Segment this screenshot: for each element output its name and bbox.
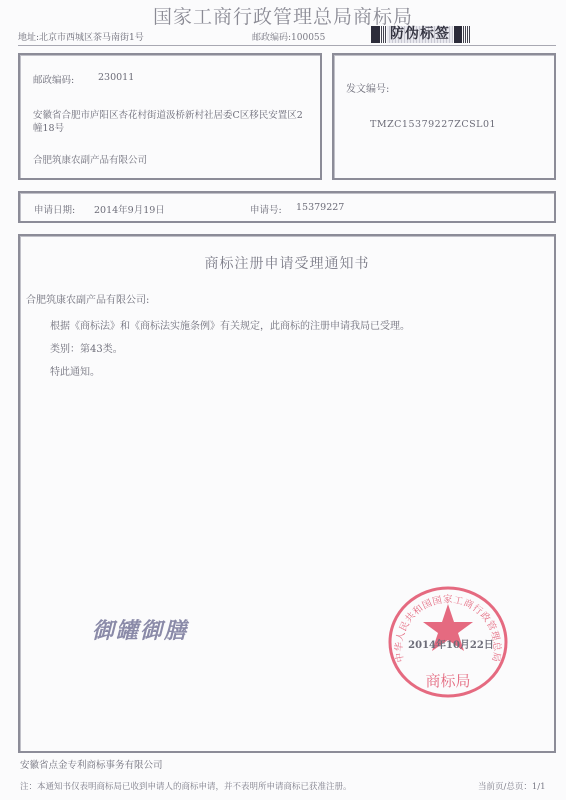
document-number-value: TMZC15379227ZCSL01 bbox=[370, 119, 496, 130]
svg-text:商标局: 商标局 bbox=[425, 672, 470, 690]
header-divider bbox=[18, 45, 556, 46]
notice-title: 商标注册申请受理通知书 bbox=[20, 253, 554, 273]
application-date-value: 2014年9月19日 bbox=[94, 202, 165, 216]
notice-salutation: 合肥筑康农副产品有限公司: bbox=[26, 291, 149, 306]
application-number-label: 申请号: bbox=[250, 202, 282, 216]
issuer-address: 地址:北京市西城区茶马南街1号 bbox=[18, 30, 144, 43]
issuer-title: 国家工商行政管理总局商标局 bbox=[0, 2, 566, 29]
recipient-postal-code: 230011 bbox=[98, 72, 134, 83]
application-info-box: 申请日期: 2014年9月19日 申请号: 15379227 bbox=[18, 191, 556, 223]
recipient-company: 合肥筑康农副产品有限公司 bbox=[33, 152, 147, 166]
notice-category: 类别：第43类。 bbox=[50, 340, 123, 355]
page-indicator: 当前页/总页：1/1 bbox=[478, 780, 546, 792]
notice-closing: 特此通知。 bbox=[50, 363, 100, 378]
seal-date: 2014年10月22日 bbox=[396, 636, 506, 651]
recipient-box: 邮政编码: 230011 安徽省合肥市庐阳区杏花村街道汲桥新村社居委C区移民安置… bbox=[18, 53, 322, 180]
application-number-value: 15379227 bbox=[296, 202, 344, 213]
recipient-postal-label: 邮政编码: bbox=[33, 72, 74, 86]
trademark-image: 御罐御膳 bbox=[92, 614, 188, 645]
document-number-label: 发文编号: bbox=[346, 80, 389, 95]
official-seal: 中华人民共和国国家工商行政管理总局 商标局 2014年10月22日 bbox=[382, 584, 514, 704]
issuer-postal-code: 邮政编码:100055 bbox=[252, 30, 325, 43]
anti-counterfeit-label: 防伪标签 bbox=[387, 26, 453, 43]
agent-name: 安徽省点金专利商标事务有限公司 bbox=[20, 757, 163, 771]
recipient-address: 安徽省合肥市庐阳区杏花村街道汲桥新村社居委C区移民安置区2幢18号 bbox=[33, 109, 308, 135]
notice-body: 根据《商标法》和《商标法实施条例》有关规定，此商标的注册申请我局已受理。 bbox=[50, 317, 410, 332]
application-date-label: 申请日期: bbox=[34, 202, 75, 216]
document-number-box: 发文编号: TMZC15379227ZCSL01 bbox=[332, 53, 556, 180]
barcode-icon: 防伪标签 bbox=[371, 26, 551, 43]
footer-note: 注：本通知书仅表明商标局已收到申请人的商标申请，并不表明所申请商标已获准注册。 bbox=[20, 780, 352, 792]
